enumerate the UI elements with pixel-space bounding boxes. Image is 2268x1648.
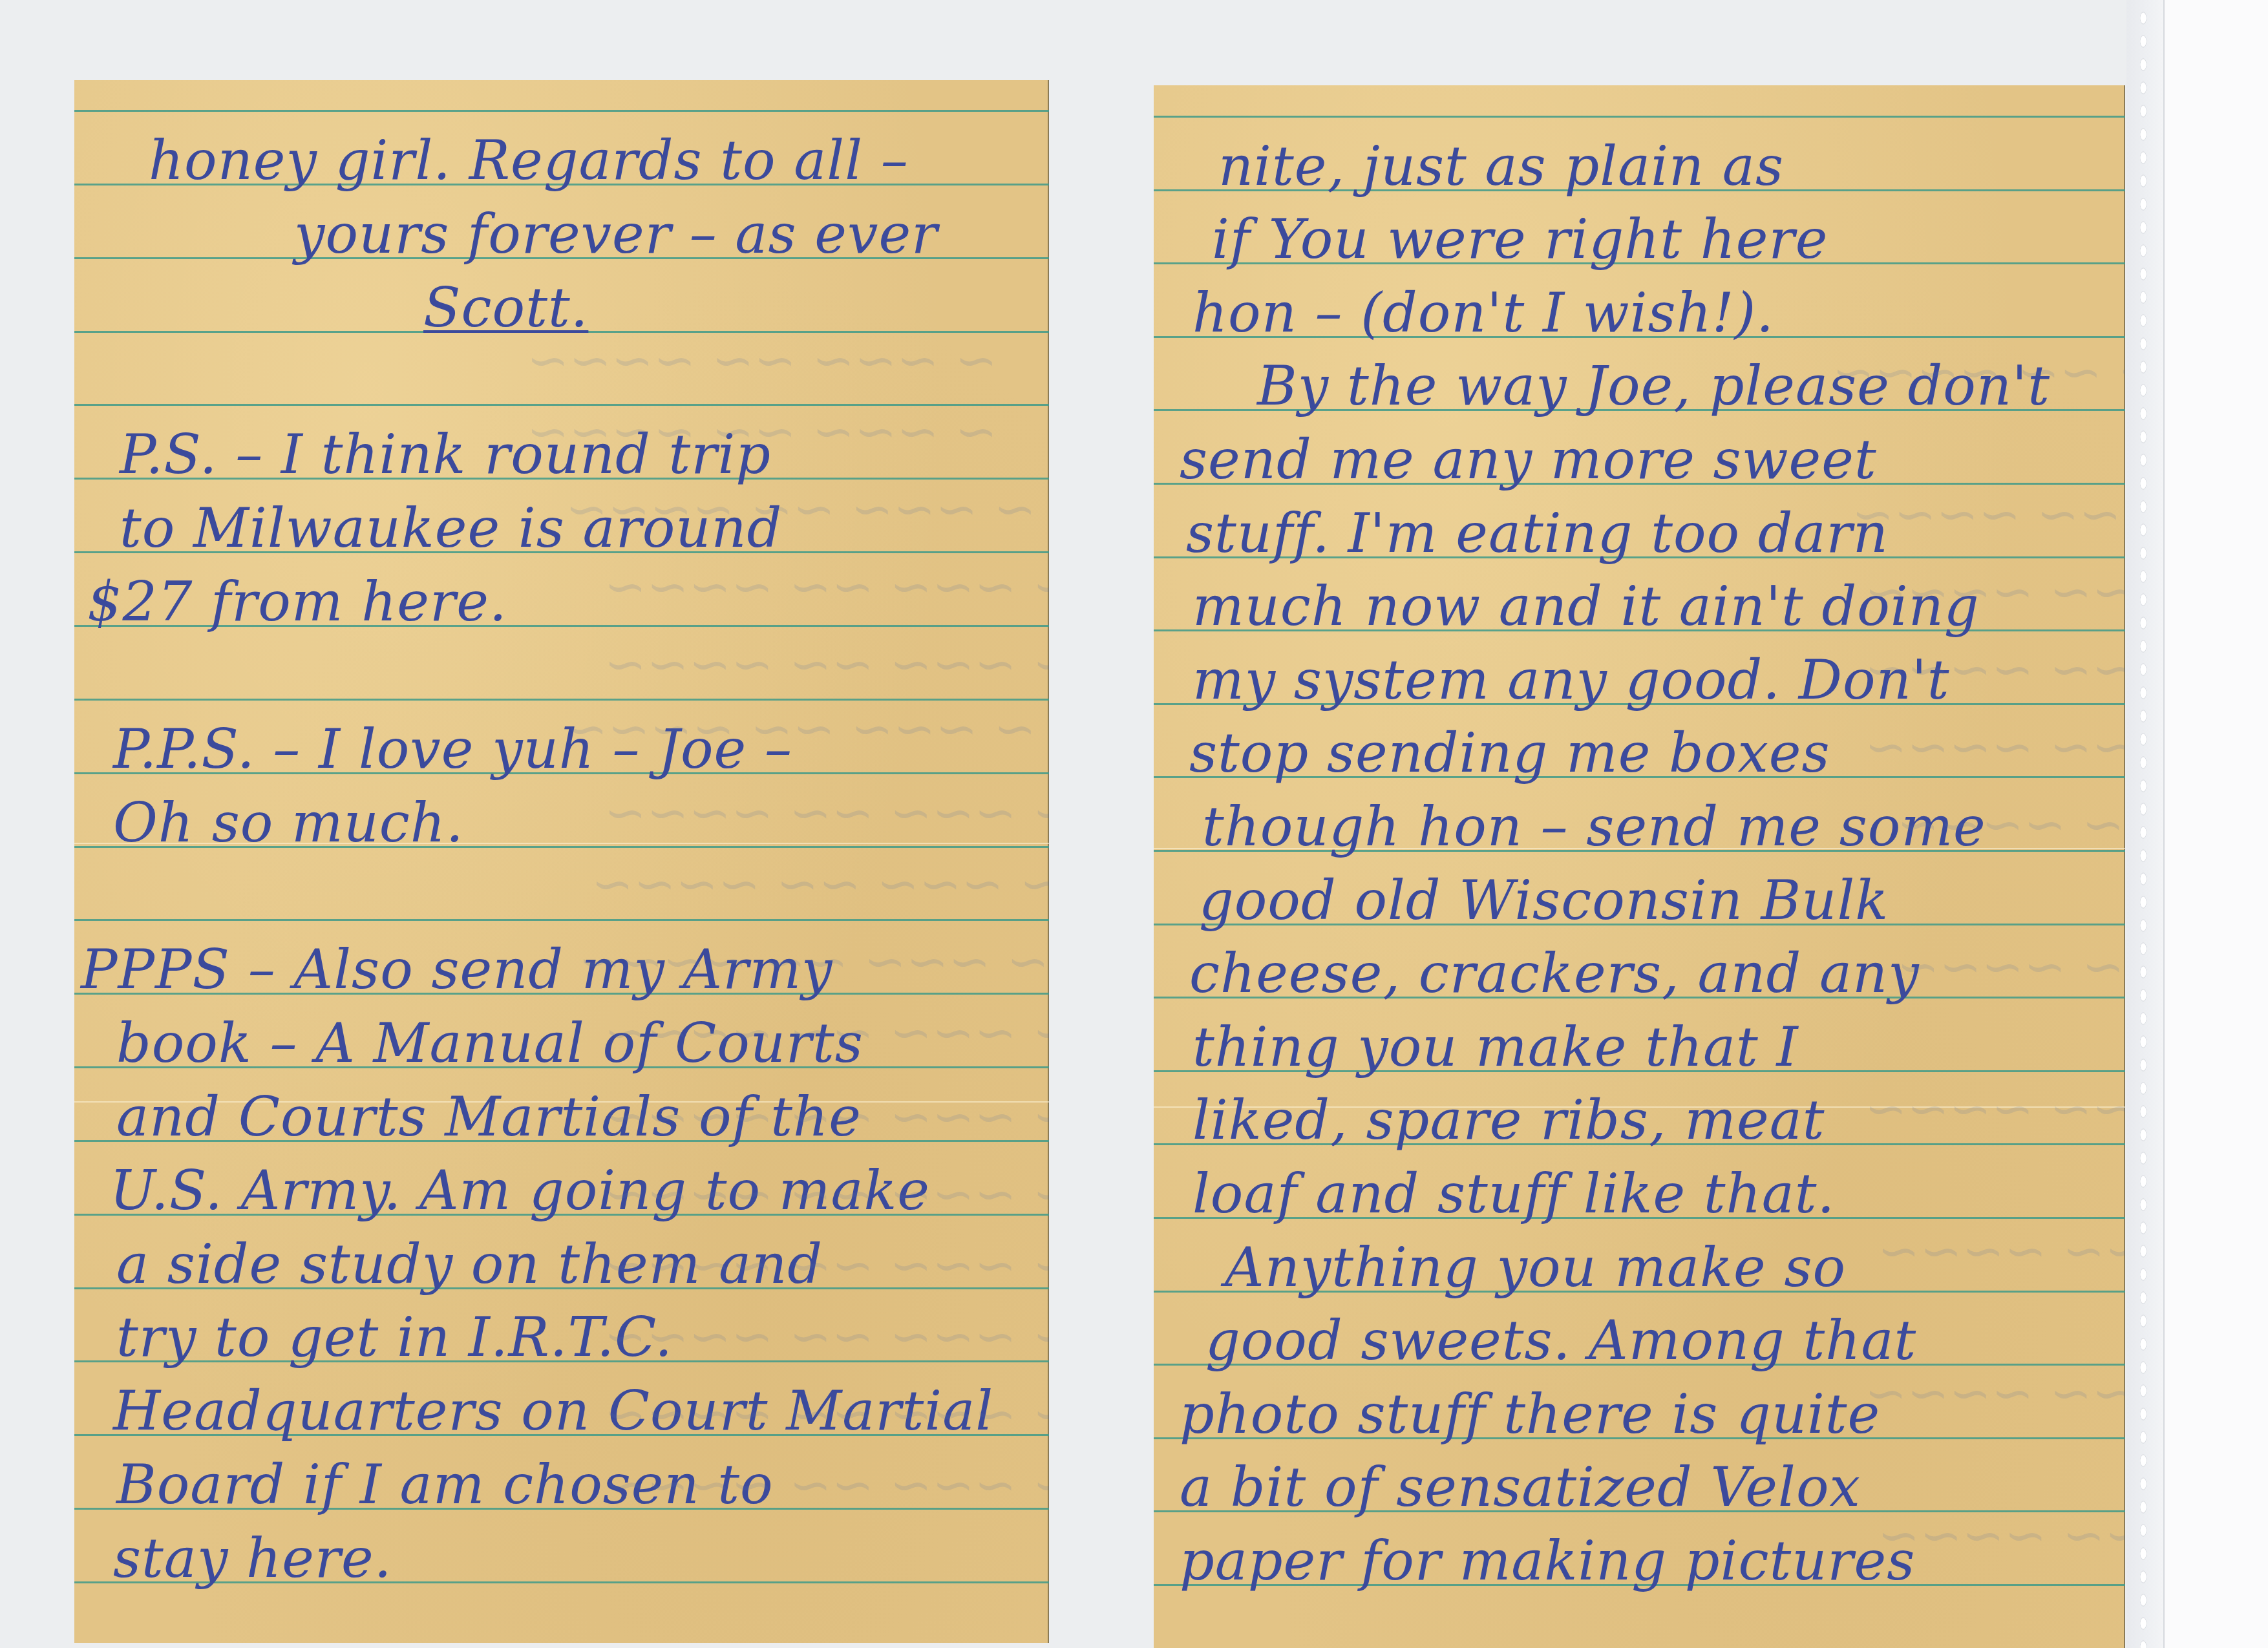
ink-bleed-through: ~ ~~~ ~~ ~~~~ xyxy=(1897,796,2125,854)
ruled-line xyxy=(74,919,1049,921)
letter-page-left: honey girl. Regards to all –yours foreve… xyxy=(74,80,1049,1643)
handwritten-line: good old Wisconsin Bulk xyxy=(1199,873,1889,927)
handwritten-line: try to get in I.R.T.C. xyxy=(116,1310,673,1364)
signature: Scott. xyxy=(423,280,588,335)
ruled-line xyxy=(74,110,1049,112)
ink-bleed-through: ~ ~~~ ~~ ~~~~ xyxy=(1832,344,2125,402)
ink-bleed-through: ~ ~~~ ~~ ~~~~ xyxy=(1878,1507,2125,1565)
ink-bleed-through: ~ ~~~ ~~ ~~~~ xyxy=(604,1308,1049,1366)
ink-bleed-through: ~ ~~~ ~~ ~~~~ xyxy=(527,403,997,461)
handwritten-line: stop sending me boxes xyxy=(1189,726,1830,780)
handwritten-line: yours forever – as ever xyxy=(294,207,938,261)
handwritten-line: hon – (don't I wish!). xyxy=(1192,286,1774,340)
ruled-line xyxy=(1154,116,2125,118)
handwritten-line: stuff. I'm eating too darn xyxy=(1186,506,1889,560)
ink-bleed-through: ~ ~~~ ~~ ~~~~ xyxy=(604,1457,1049,1515)
handwritten-line: liked, spare ribs, meat xyxy=(1192,1093,1825,1147)
ink-bleed-through: ~ ~~~ ~~ ~~~~ xyxy=(1865,1081,2125,1139)
handwritten-line: much now and it ain't doing xyxy=(1192,579,1980,633)
handwritten-line: good sweets. Among that xyxy=(1205,1313,1916,1368)
ink-bleed-through: ~ ~~~ ~~ ~~~~ xyxy=(1865,564,2125,622)
ink-bleed-through: ~ ~~~ ~~ ~~~~ xyxy=(1878,1223,2125,1281)
handwritten-line: honey girl. Regards to all – xyxy=(149,133,909,187)
ink-bleed-through: ~ ~~~ ~~ ~~~~ xyxy=(604,1166,1049,1224)
handwritten-line: cheese, crackers, and any xyxy=(1189,946,1920,1000)
ink-bleed-through: ~ ~~~ ~~ ~~~~ xyxy=(1897,938,2125,997)
handwritten-line: $27 from here. xyxy=(87,575,507,629)
handwritten-line: nite, just as plain as xyxy=(1218,139,1784,193)
ink-bleed-through: ~ ~~~ ~~ ~~~~ xyxy=(1865,719,2125,777)
handwritten-line: Anything you make so xyxy=(1225,1240,1846,1294)
handwritten-line: loaf and stuff like that. xyxy=(1192,1167,1835,1221)
ink-bleed-through: ~ ~~~ ~~ ~~~~ xyxy=(1865,1365,2125,1423)
ink-bleed-through: ~ ~~~ ~~ ~~~~ xyxy=(566,701,1036,759)
handwritten-line: thing you make that I xyxy=(1192,1020,1799,1074)
ink-bleed-through: ~ ~~~ ~~ ~~~~ xyxy=(591,856,1049,914)
handwritten-line: Oh so much. xyxy=(113,796,464,850)
handwritten-line: photo stuff there is quite xyxy=(1180,1387,1880,1441)
ink-bleed-through: ~ ~~~ ~~ ~~~~ xyxy=(604,636,1049,694)
handwritten-line: paper for making pictures xyxy=(1180,1534,1915,1588)
ink-bleed-through: ~ ~~~ ~~ ~~~~ xyxy=(527,332,997,390)
handwritten-line: send me any more sweet xyxy=(1180,432,1877,487)
ink-bleed-through: ~ ~~~ ~~ ~~~~ xyxy=(604,1386,1049,1444)
ink-bleed-through: ~ ~~~ ~~ ~~~~ xyxy=(604,785,1049,843)
sleeve-perforations xyxy=(2138,9,2148,1648)
ink-bleed-through: ~ ~~~ ~~ ~~~~ xyxy=(566,481,1036,539)
handwritten-line: a bit of sensatized Velox xyxy=(1180,1460,1861,1514)
letter-page-right: nite, just as plain asif You were right … xyxy=(1154,85,2125,1648)
handwritten-line: if You were right here xyxy=(1212,212,1828,266)
handwritten-line: though hon – send me some xyxy=(1202,799,1986,854)
ink-bleed-through: ~ ~~~ ~~ ~~~~ xyxy=(1852,486,2125,544)
handwritten-line: stay here. xyxy=(113,1531,392,1585)
ink-bleed-through: ~ ~~~ ~~ ~~~~ xyxy=(604,558,1049,617)
handwritten-line: my system any good. Don't xyxy=(1192,653,1950,707)
scanner-background-right xyxy=(2163,0,2268,1648)
ink-bleed-through: ~ ~~~ ~~ ~~~~ xyxy=(604,1004,1049,1062)
ink-bleed-through: ~ ~~~ ~~ ~~~~ xyxy=(578,933,1049,991)
ink-bleed-through: ~ ~~~ ~~ ~~~~ xyxy=(1865,641,2125,699)
ink-bleed-through: ~ ~~~ ~~ ~~~~ xyxy=(604,1088,1049,1146)
ink-bleed-through: ~ ~~~ ~~ ~~~~ xyxy=(604,1237,1049,1295)
